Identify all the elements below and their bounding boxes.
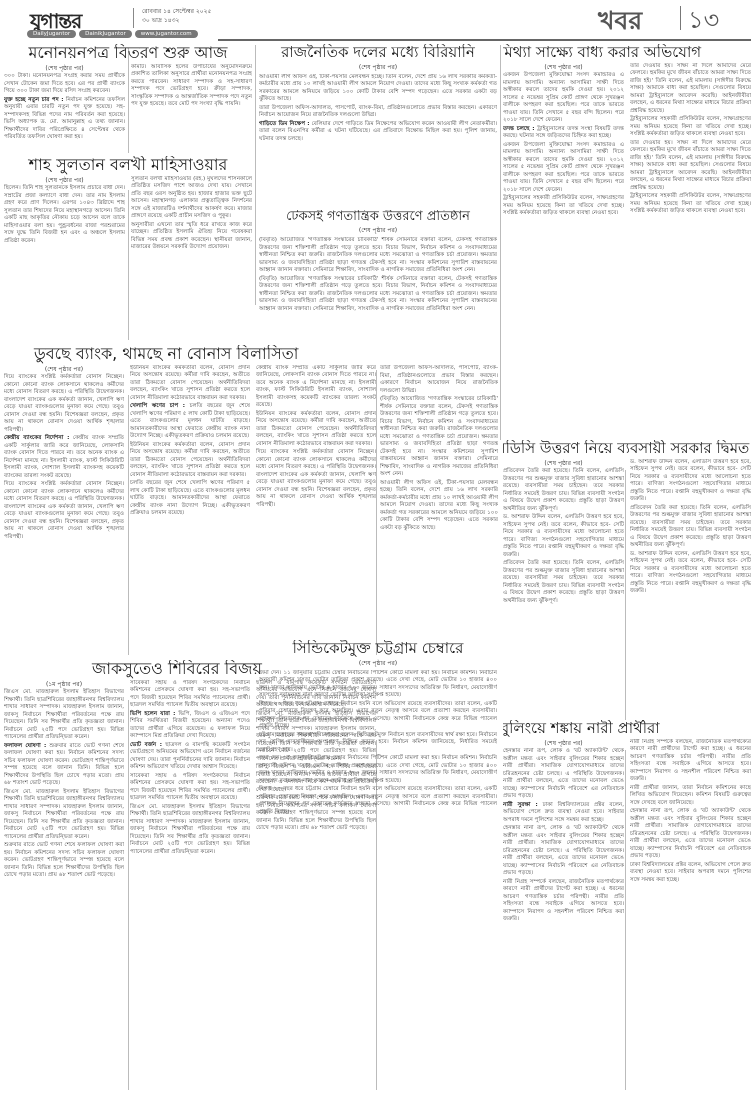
continued-note: (শেষ পৃষ্ঠার পর) bbox=[503, 740, 624, 748]
section-title: খবর bbox=[598, 1, 642, 44]
header-divider bbox=[218, 39, 751, 41]
column-divider bbox=[255, 45, 256, 305]
article-text: কেন্দ্রীয় ব্যাংক সম্প্রতি একটি সার্কুলা… bbox=[4, 435, 124, 479]
article-text: দিয়ে ব্যাংকের সংশ্লিষ্ট কর্মকর্তারা বোন… bbox=[4, 374, 124, 434]
subheading: ভোট বর্জন : bbox=[130, 742, 162, 748]
continued-note: (শেষ পৃষ্ঠার পর) bbox=[503, 460, 624, 468]
subheading: ভিপি হলেন যারা : bbox=[130, 711, 175, 717]
article-text: তারা উপজেলা অফিস-আদালত, পাসপোর্ট, ব্যাংক… bbox=[380, 365, 498, 395]
subheading: ফলাফল ঘোষণা : bbox=[4, 743, 46, 749]
continued-note: (শেষ পৃষ্ঠার পর) bbox=[4, 366, 124, 374]
article-text: জিএস মো. মাজহারুল ইসলাম ইতিহাস বিভাগের শ… bbox=[4, 689, 124, 742]
article-continuation: তারা উপজেলা অফিস-আদালত, পাসপোর্ট, ব্যাংক… bbox=[380, 365, 498, 635]
social-links: DailyJugantor DainikJugantor www.juganto… bbox=[27, 30, 198, 38]
article-text: সুলতান বলখী মাহিসাওয়ার (রহ.) মুঘলদের শা… bbox=[131, 176, 252, 221]
article-text: জমা দেন। ১১ জানুয়ারি চট্টগ্রাম চেম্বার … bbox=[259, 755, 497, 785]
article-ldc-graduation: এলডিসি উত্তরণ নিয়ে ব্যবসায়ী সরকার দ্বি… bbox=[503, 440, 751, 730]
article-text: আওয়ামী লীগ অফিস ওই, টিকা-পয়সার মেলবন্ধ… bbox=[380, 480, 498, 533]
article-text: ড. আশরাফ উদ্দিন বলেন, এলডিসি উত্তরণ হবে … bbox=[630, 551, 751, 596]
article-text: ৩০০ টাকা। মনোনয়নপত্র সংগ্রহ করার সময় প… bbox=[4, 73, 125, 96]
article-democratic-transition: টেকসই গণতান্ত্রিক উত্তরণে প্রতিষ্ঠান (শে… bbox=[259, 210, 497, 360]
article-text: শুক্রবার রাতে ভোট গণনা শেষে ফলাফল ঘোষণা … bbox=[4, 842, 124, 880]
column-divider bbox=[376, 370, 377, 655]
subheading: তদন্ত চলছে : bbox=[503, 126, 534, 132]
article-text: দিয়ে ব্যাংকের সংশ্লিষ্ট কর্মকর্তারা বোন… bbox=[256, 449, 376, 509]
article-text: একজন উপজেলা মুক্তিযোদ্ধা সংসদ কমান্ডারও … bbox=[503, 72, 624, 125]
article-text: বিগত ২০ বছর ধরে চট্টগ্রাম চেম্বারে নির্ব… bbox=[259, 786, 497, 816]
article-headline[interactable]: সিন্ডিকেটমুক্ত চট্টগ্রাম চেম্বারে bbox=[259, 640, 497, 657]
facebook-link[interactable]: DainikJugantor bbox=[79, 30, 132, 38]
article-headline[interactable]: টেকসই গণতান্ত্রিক উত্তরণে প্রতিষ্ঠান bbox=[259, 210, 497, 224]
article-text: শুক্রবার রাতে ভোট গণনা শেষে ফলাফল ঘোষণা … bbox=[4, 743, 124, 787]
article-text: জিএস মো. মাজহারুল ইসলাম ইতিহাস বিভাগের শ… bbox=[130, 804, 250, 857]
article-text: তার দেওয়ার হয়। সাক্ষ্য না দিলে আমাদের … bbox=[630, 140, 751, 193]
article-text: তার দেওয়ার হয়। সাক্ষ্য না দিলে আমাদের … bbox=[630, 63, 751, 116]
article-text: দিয়ে ব্যাংকের সংশ্লিষ্ট কর্মকর্তারা বোন… bbox=[4, 481, 124, 541]
article-text: হেনস্তার নানা রূপ, লোক ও 'বট অ্যাকাউন্ট'… bbox=[630, 808, 751, 861]
logo-divider bbox=[133, 8, 134, 28]
article-text: নারী নিগ্রহ সম্পর্কে বলছেন, রাজনৈতিক মতপ… bbox=[630, 739, 751, 784]
subheading: যুক্ত হচ্ছে নতুন চার পদ : bbox=[4, 97, 63, 103]
article-headline[interactable]: এলডিসি উত্তরণ নিয়ে ব্যবসায়ী সরকার দ্বি… bbox=[503, 440, 751, 457]
article-shah-sultan: শাহ সুলতান বলখী মাহিসাওয়ার (শেষ পৃষ্ঠার… bbox=[4, 156, 252, 340]
article-text: ট্রাইব্যুনালের সহকারী প্রসিকিউটর বলেন, স… bbox=[630, 116, 751, 139]
article-false-testimony: তদন্ত হচ্ছে মিথ্যা সাক্ষ্যে বাধ্য করার অ… bbox=[503, 44, 751, 439]
section-divider bbox=[680, 6, 681, 30]
continued-note: (১ম পৃষ্ঠার পর) bbox=[4, 681, 124, 689]
issue-date: রোববার ১৪ সেপ্টেম্বর ২০২৫ ৩০ ভাদ্র ১৪৩২ bbox=[142, 7, 211, 25]
article-ctg-chamber: সিন্ডিকেটমুক্ত চট্টগ্রাম চেম্বারে (শেষ প… bbox=[259, 640, 497, 1092]
article-text: (বিবৃতি) আয়োজিত 'গণতান্ত্রিক সংস্কারের … bbox=[259, 237, 497, 275]
article-text: ছিলেন। তিনি শাহ সুলতানকে ইসলাম প্রচারে ব… bbox=[4, 185, 125, 245]
article-headline[interactable]: শাহ সুলতান বলখী মাহিসাওয়ার bbox=[4, 156, 252, 174]
article-text: তারা উপজেলা অফিস-আদালত, পাসপোর্ট, ব্যাংক… bbox=[259, 105, 497, 120]
article-text: ট্রাইব্যুনালের সহকারী প্রসিকিউটর বলেন, স… bbox=[630, 193, 751, 216]
article-text: সাবেকরা সহায় ও পরিষদ সংগঠকদের নির্বাচন … bbox=[130, 773, 250, 803]
article-text: (বিবৃতি) আয়োজিত 'গণতান্ত্রিক সংস্কারের … bbox=[380, 396, 498, 479]
article-bank-bonus: ডুবছে ব্যাংক, থামছে না বোনাস বিলাসিতা (শ… bbox=[4, 345, 376, 655]
article-text: ড. আশরাফ উদ্দিন বলেন, এলডিসি উত্তরণ হবে … bbox=[503, 514, 624, 559]
continued-note: (শেষ পৃষ্ঠার পর) bbox=[4, 177, 125, 185]
continued-note: (শেষ পৃষ্ঠার পর) bbox=[259, 658, 497, 669]
article-text: প্রতিবেদন তৈরি করা হয়েছে। তিনি বলেন, এল… bbox=[630, 505, 751, 550]
article-text: জিএস মো. মাজহারুল ইসলাম ইতিহাস বিভাগের শ… bbox=[4, 789, 124, 842]
article-text: ঢাকা বিশ্ববিদ্যালয়ের প্রক্টর বলেন, অভিয… bbox=[630, 862, 751, 885]
subheading: নারী সুরক্ষা : bbox=[503, 802, 538, 808]
article-text: একজন উপজেলা মুক্তিযোদ্ধা সংসদ কমান্ডারও … bbox=[503, 142, 624, 195]
subheading: খেলাপি ঋণের চাপ : bbox=[130, 403, 185, 409]
article-text: ড. আশরাফ উদ্দিন বলেন, এলডিসি উত্তরণ হবে … bbox=[630, 459, 751, 504]
article-headline[interactable]: ডুবছে ব্যাংক, থামছে না বোনাস বিলাসিতা bbox=[4, 345, 376, 363]
article-text: কমিটি। আবাসিক হলের উপাচার্যের অনুমোদনক্র… bbox=[131, 64, 252, 109]
article-text: নারী নিগ্রহ সম্পর্কে বলছেন, রাজনৈতিক মতপ… bbox=[503, 879, 624, 924]
article-text: প্রতিবেদন তৈরি করা হয়েছে। তিনি বলেন, এল… bbox=[503, 468, 624, 513]
subheading: কেন্দ্রীয় ব্যাংকের নির্দেশনা : bbox=[4, 435, 69, 441]
article-text: সাবেকরা সহায় ও পরিষদ সংগঠকদের নির্বাচন … bbox=[130, 680, 250, 710]
article-text: ইউনিয়ন ব্যাংকের কর্মকর্তারা বলেন, বোনাস… bbox=[130, 365, 250, 403]
page-number: ১৩ bbox=[688, 2, 719, 42]
article-cyber-bullying: সাইবার বুলিংয়ে শঙ্কায় নারী প্রার্থীরা … bbox=[503, 720, 751, 1092]
date-gregorian: রোববার ১৪ সেপ্টেম্বর ২০২৫ bbox=[142, 7, 211, 16]
article-headline[interactable]: তদন্ত হচ্ছে মিথ্যা সাক্ষ্যে বাধ্য করার অ… bbox=[503, 44, 751, 61]
article-text: হেনস্তার নানা রূপ, লোক ও 'বট অ্যাকাউন্ট'… bbox=[503, 825, 624, 878]
article-text: নারী প্রার্থীরা জানান, তারা নির্বাচন কমি… bbox=[630, 785, 751, 808]
date-bengali: ৩০ ভাদ্র ১৪৩২ bbox=[142, 16, 211, 25]
article-text: প্রতিবেদন তৈরি করা হয়েছে। তিনি বলেন, এল… bbox=[503, 560, 624, 605]
website-link[interactable]: www.jugantor.com bbox=[135, 30, 198, 38]
article-text: বিগত ২০ বছর ধরে চট্টগ্রাম চেম্বারে নির্ব… bbox=[259, 701, 497, 731]
article-text: নির্বাচন কমিশনের তফসিল অনুযায়ী এবার চার… bbox=[4, 97, 125, 141]
article-text: জমা দেন। ১১ জানুয়ারি চট্টগ্রাম চেম্বার … bbox=[259, 670, 497, 700]
article-text: (বিবৃতি) আয়োজিত 'গণতান্ত্রিক সংস্কারের … bbox=[259, 276, 497, 314]
article-text: ট্রাইব্যুনালের সহকারী প্রসিকিউটর বলেন, স… bbox=[503, 195, 624, 218]
article-headline[interactable]: রাজনৈতিক দলের মধ্যে বিরিয়ানি bbox=[259, 44, 497, 61]
article-text: আওয়ামী লীগ অফিস ওই, টিকা-পয়সার মেলবন্ধ… bbox=[259, 74, 497, 104]
subheading: গাড়িতে ডিম নিক্ষেপ : bbox=[259, 121, 309, 127]
article-political-biryani: রাজনৈতিক দলের মধ্যে বিরিয়ানি (শেষ পৃষ্ঠ… bbox=[259, 44, 497, 204]
twitter-link[interactable]: DailyJugantor bbox=[27, 30, 76, 38]
article-text: অনুসারীরা এখনো তার স্মৃতি ধরে রাখতে কাজ … bbox=[131, 222, 252, 252]
article-text: ইউনিয়ন ব্যাংকের কর্মকর্তারা বলেন, বোনাস… bbox=[256, 411, 376, 449]
continued-note: (শেষ পৃষ্ঠার পর) bbox=[4, 65, 125, 73]
article-text: চলতি বছরের জুন শেষে খেলাপি ঋণের পরিমাণ ৫… bbox=[130, 480, 250, 518]
article-nomination: মনোনয়নপত্র বিতরণ শুরু আজ (শেষ পৃষ্ঠার প… bbox=[4, 44, 252, 154]
continued-note: (শেষ পৃষ্ঠার পর) bbox=[259, 62, 497, 73]
masthead: যুগান্তর রোববার ১৪ সেপ্টেম্বর ২০২৫ ৩০ ভা… bbox=[0, 0, 753, 40]
continued-note: (শেষ পৃষ্ঠার পর) bbox=[259, 225, 497, 236]
article-text: কেন্দ্রীয় ব্যাংক সম্প্রতি একটি সার্কুলা… bbox=[256, 365, 376, 410]
column-divider bbox=[500, 45, 501, 440]
article-headline[interactable]: সাইবার বুলিংয়ে শঙ্কায় নারী প্রার্থীরা bbox=[503, 720, 751, 737]
article-headline[interactable]: মনোনয়নপত্র বিতরণ শুরু আজ bbox=[4, 44, 252, 62]
article-text: ইউনিয়ন ব্যাংকের কর্মকর্তারা বলেন, বোনাস… bbox=[130, 442, 250, 480]
article-text: হেনস্তার নানা রূপ, লোক ও 'বট অ্যাকাউন্ট'… bbox=[503, 748, 624, 801]
continued-note: (শেষ পৃষ্ঠার পর) bbox=[503, 64, 624, 72]
article-text: চট্টগ্রাম চেম্বারের সাবেক পরিচালকরা বলেন… bbox=[259, 732, 497, 755]
